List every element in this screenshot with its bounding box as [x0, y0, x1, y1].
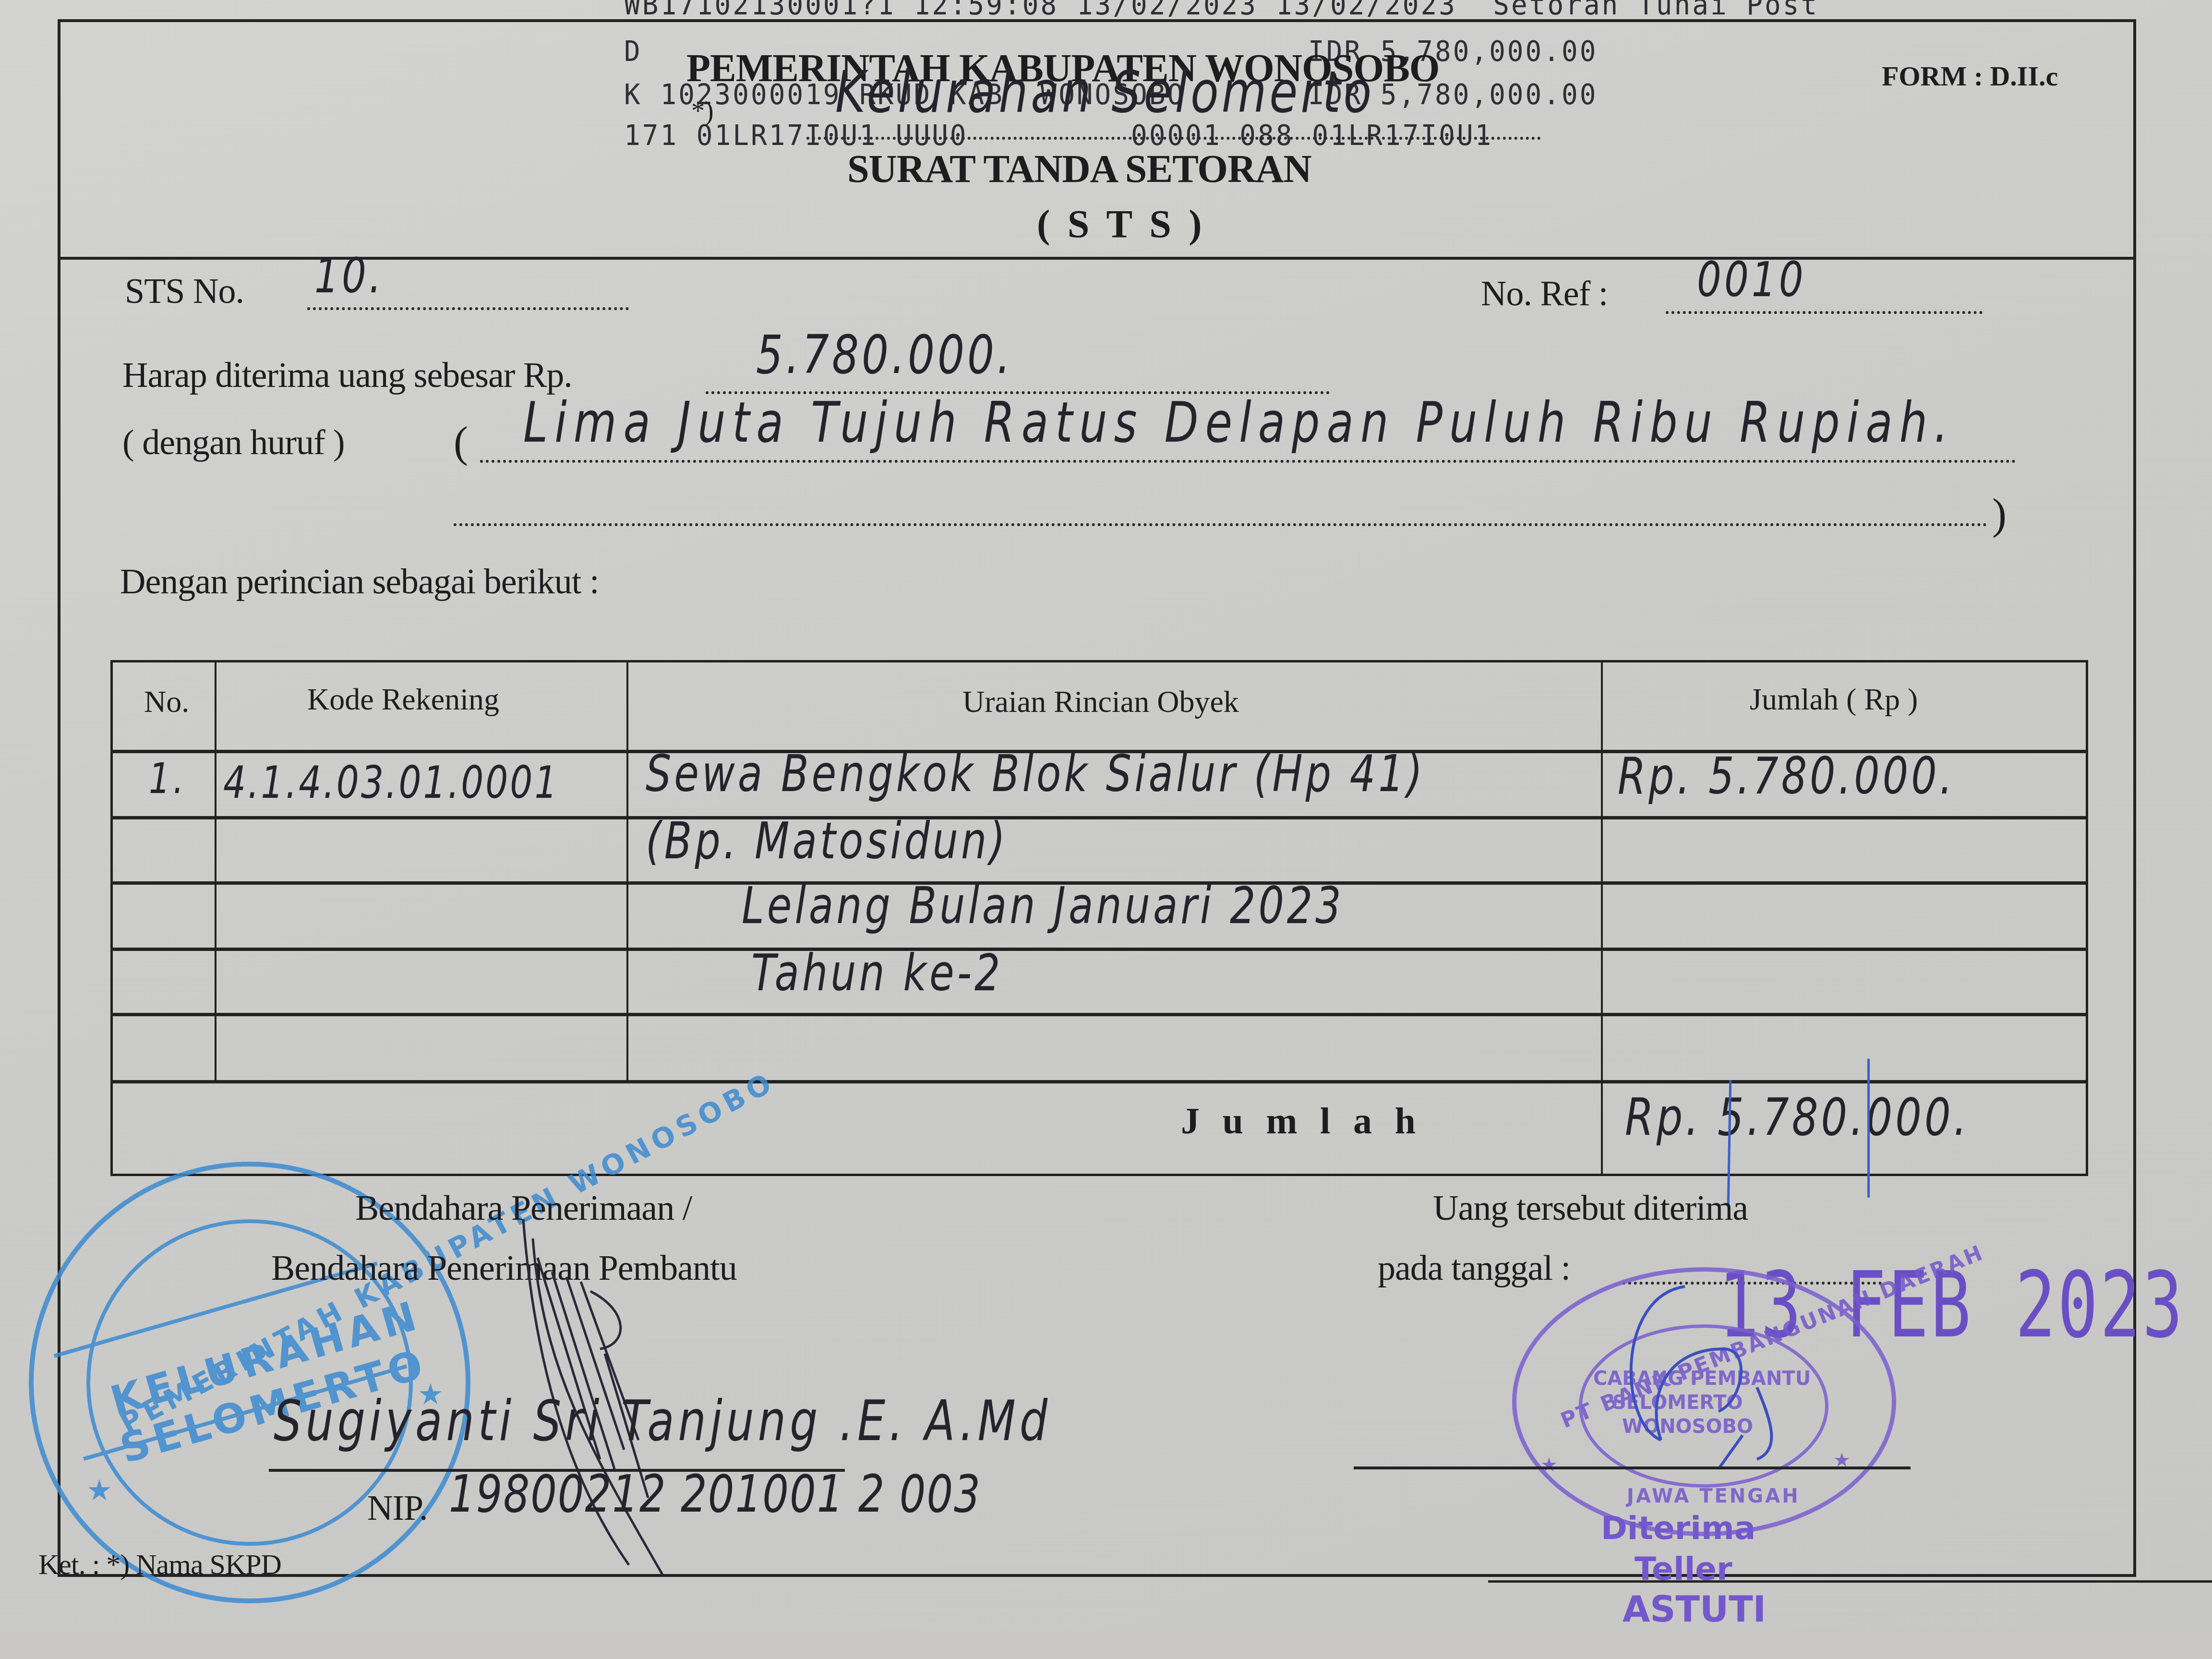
row-3-uraian: Lelang Bulan Januari 2023 [742, 877, 1344, 936]
total-label: J u m l a h [1181, 1099, 1422, 1142]
sts-no-dotted-line [307, 307, 629, 310]
column-header-kode-rekening: Kode Rekening [307, 682, 499, 717]
row-1-uraian: Sewa Bengkok Blok Sialur (Hp 41) [646, 745, 1425, 804]
sts-no-label: STS No. [125, 271, 244, 312]
table-total-divider [110, 1080, 2088, 1083]
nip-value: 19800212 201001 2 003 [449, 1464, 981, 1524]
skpd-marker: *) [691, 96, 714, 127]
document-title: SURAT TANDA SETORAN [847, 146, 1311, 192]
column-header-jumlah: Jumlah ( Rp ) [1750, 682, 1918, 717]
nip-label: NIP. [367, 1488, 428, 1529]
table-col-divider [626, 660, 628, 1080]
row-1-jumlah: Rp. 5.780.000. [1618, 747, 1955, 806]
table-col-divider [1601, 660, 1603, 1176]
ref-value: 0010 [1697, 252, 1806, 308]
pen-mark [1867, 1058, 1870, 1198]
treasurer-name: Sugiyanti Sri Tanjung .E. A.Md [274, 1389, 1051, 1453]
detail-intro: Dengan perincian sebagai berikut : [120, 562, 599, 602]
bank-validation-line-1: WB17102130001?1 12:59:08 13/02/2023 13/0… [624, 0, 1819, 22]
teller-signature [1599, 1277, 1839, 1498]
document-abbreviation: ( S T S ) [1037, 202, 1206, 247]
row-1-kode-rekening: 4.1.4.03.01.0001 [223, 757, 559, 809]
receiver-signature-line [1354, 1467, 1911, 1469]
ref-label: No. Ref : [1481, 274, 1608, 314]
table-col-divider [215, 660, 216, 1080]
words-label: ( dengan huruf ) [122, 422, 345, 463]
teller-stamp-received: Diterima [1601, 1510, 1755, 1547]
amount-label: Harap diterima uang sebesar Rp. [122, 355, 572, 396]
words-open-paren: ( [454, 418, 468, 467]
amount-value: 5.780.000. [756, 324, 1013, 385]
column-header-no: No. [144, 684, 189, 720]
words-close-paren: ) [1992, 490, 2007, 539]
words-dotted-line-2 [454, 523, 1987, 526]
words-dotted-line-1 [480, 460, 2016, 463]
received-title: Uang tersebut diterima [1433, 1188, 1748, 1229]
form-bottom-edge [1488, 1580, 2212, 1583]
table-row-divider [110, 816, 2088, 819]
table-row-divider [110, 1013, 2088, 1016]
total-value: Rp. 5.780.000. [1625, 1087, 1970, 1147]
star-icon: ★ [86, 1474, 112, 1507]
row-4-uraian: Tahun ke-2 [751, 944, 1003, 1003]
row-1-no: 1. [149, 754, 187, 804]
table-row-divider [110, 948, 2088, 951]
skpd-dotted-line [806, 137, 1541, 140]
footnote: Ket. : *) Nama SKPD [38, 1548, 281, 1581]
teller-name: ASTUTI [1623, 1589, 1766, 1630]
form-code: FORM : D.II.c [1882, 60, 2058, 92]
star-icon: ★ [1540, 1454, 1558, 1476]
skpd-name: Kelurahan Selomerto [835, 59, 1374, 126]
received-date-label: pada tanggal : [1378, 1248, 1570, 1289]
amount-in-words: Lima Juta Tujuh Ratus Delapan Puluh Ribu… [523, 390, 1955, 455]
column-header-uraian: Uraian Rincian Obyek [962, 684, 1239, 720]
ref-dotted-line [1666, 311, 1983, 314]
row-2-uraian: (Bp. Matosidun) [646, 812, 1008, 871]
sts-no-value: 10. [314, 248, 384, 304]
